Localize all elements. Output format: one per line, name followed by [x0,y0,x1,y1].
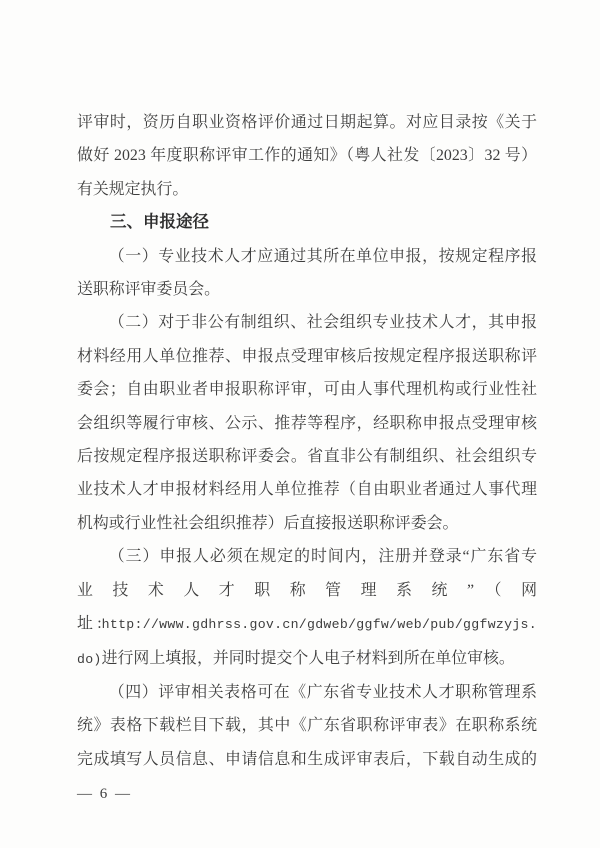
document-page: 评审时，资历自职业资格评价通过日期起算。对应目录按《关于 做好 2023 年度职… [0,0,600,848]
text-line: do)进行网上填报，并同时提交个人电子材料到所在单位审核。 [77,642,537,676]
page-number: — 6 — [77,786,132,803]
text-line: 评审时，资历自职业资格评价通过日期起算。对应目录按《关于 [77,106,537,139]
text-line: （二）对于非公有制组织、社会组织专业技术人才，其申报 [77,306,537,339]
text-line: 委会；自由职业者申报职称评审，可由人事代理机构或行业性社 [77,373,537,406]
text-line: 材料经用人单位推荐、申报点受理审核后按规定程序报送职称评 [77,340,537,373]
text-line: 业技术人才职称管理系统”（网 [77,574,537,607]
document-body: 评审时，资历自职业资格评价通过日期起算。对应目录按《关于 做好 2023 年度职… [77,106,537,776]
text-line: 完成填写人员信息、申请信息和生成评审表后，下载自动生成的 [77,743,537,776]
text-line: 后按规定程序报送职称评委会。省直非公有制组织、社会组织专 [77,440,537,473]
closing-text: 进行网上填报，并同时提交个人电子材料到所在单位审核。 [102,650,515,667]
url-continuation: do) [77,652,102,667]
text-line: 会组织等履行审核、公示、推荐等程序，经职称申报点受理审核 [77,407,537,440]
text-line: 统》表格下载栏目下载，其中《广东省职称评审表》在职称系统 [77,709,537,742]
system-url: http://www.gdhrss.gov.cn/gdweb/ggfw/web/… [102,617,537,632]
text-line: 有关规定执行。 [77,173,537,206]
text-line: 机构或行业性社会组织推荐）后直接报送职称评委会。 [77,507,537,540]
text-line: 做好 2023 年度职称评审工作的通知》（粤人社发〔2023〕32 号） [77,139,537,172]
text-line: 业技术人才申报材料经用人单位推荐（自由职业者通过人事代理 [77,473,537,506]
text-line: （四）评审相关表格可在《广东省专业技术人才职称管理系 [77,676,537,709]
url-label: 址: [77,615,102,632]
text-line: （三）申报人必须在规定的时间内，注册并登录“广东省专 [77,540,537,573]
text-line: 送职称评审委员会。 [77,273,537,306]
system-url-line: 址:http://www.gdhrss.gov.cn/gdweb/ggfw/we… [77,607,537,641]
section-heading: 三、申报途径 [77,206,537,239]
text-line: （一）专业技术人才应通过其所在单位申报，按规定程序报 [77,240,537,273]
